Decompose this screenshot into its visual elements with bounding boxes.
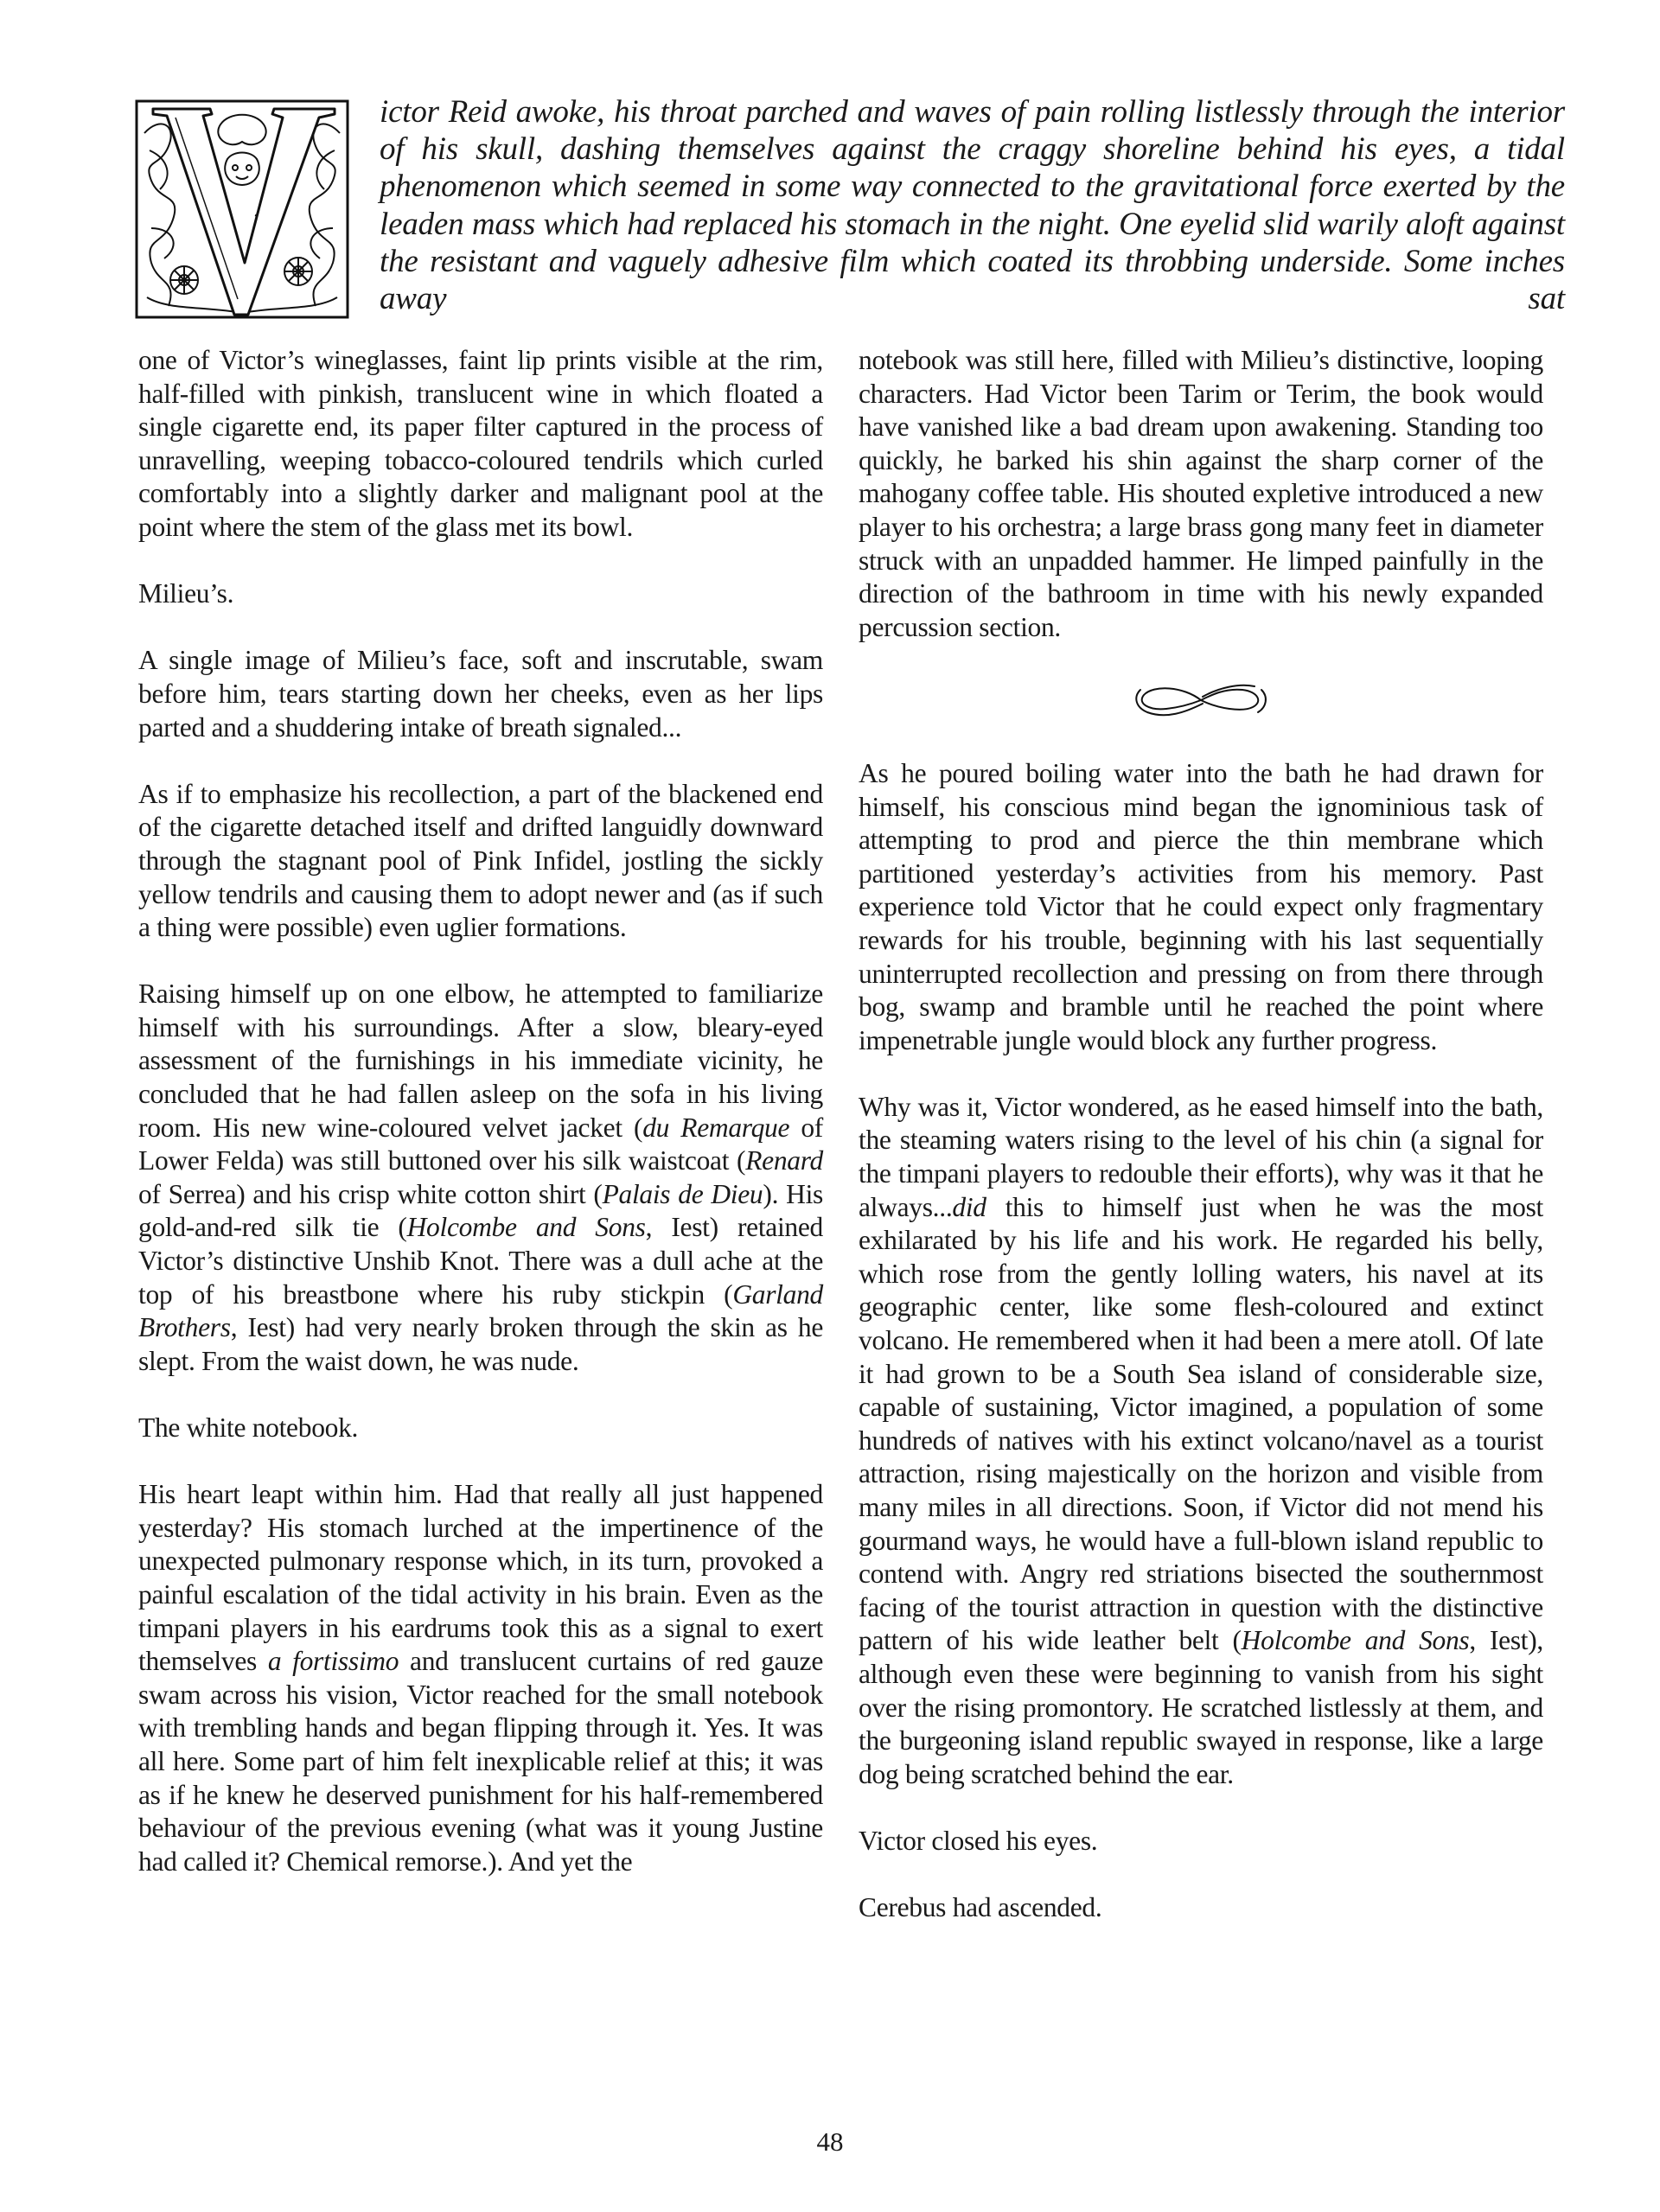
paragraph: The white notebook. [138, 1412, 823, 1445]
paragraph: Milieu’s. [138, 577, 823, 611]
paragraph: As he poured boiling water into the bath… [859, 757, 1543, 1057]
paragraph: As if to emphasize his recollection, a p… [138, 778, 823, 945]
intro-paragraph: ictor Reid awoke, his throat parched and… [380, 93, 1565, 317]
italic-phrase: a fortissimo [268, 1646, 399, 1676]
page-number: 48 [0, 2126, 1660, 2158]
text-run: and translucent curtains of red gauze sw… [138, 1646, 823, 1877]
italic-emphasis: did [952, 1192, 986, 1222]
text-run: this to himself just when he was the mos… [859, 1192, 1543, 1656]
text-run: , Iest) had very nearly broken through t… [138, 1312, 823, 1376]
paragraph: Raising himself up on one elbow, he atte… [138, 978, 823, 1378]
section-break-flourish-icon [1132, 678, 1270, 723]
paragraph: Why was it, Victor wondered, as he eased… [859, 1091, 1543, 1791]
italic-brand-name: Palais de Dieu [603, 1179, 763, 1209]
left-column: one of Victor’s wineglasses, faint lip p… [138, 344, 823, 1878]
section-break [859, 678, 1543, 757]
paragraph: His heart leapt within him. Had that rea… [138, 1478, 823, 1878]
intro-paragraph-block: ictor Reid awoke, his throat parched and… [134, 93, 1565, 327]
right-column: notebook was still here, filled with Mil… [859, 344, 1543, 1925]
paragraph: Victor closed his eyes. [859, 1825, 1543, 1858]
italic-brand-name: Holcombe and Sons [407, 1212, 646, 1242]
italic-brand-name: Renard [745, 1145, 823, 1176]
italic-brand-name: du Remarque [642, 1112, 789, 1143]
paragraph: one of Victor’s wineglasses, faint lip p… [138, 344, 823, 545]
paragraph: A single image of Milieu’s face, soft an… [138, 644, 823, 744]
italic-brand-name: Holcombe and Sons [1242, 1625, 1470, 1655]
paragraph: notebook was still here, filled with Mil… [859, 344, 1543, 644]
illuminated-drop-cap-v-icon [134, 99, 350, 320]
text-run: of Serrea) and his crisp white cotton sh… [138, 1179, 603, 1209]
paragraph: Cerebus had ascended. [859, 1891, 1543, 1925]
